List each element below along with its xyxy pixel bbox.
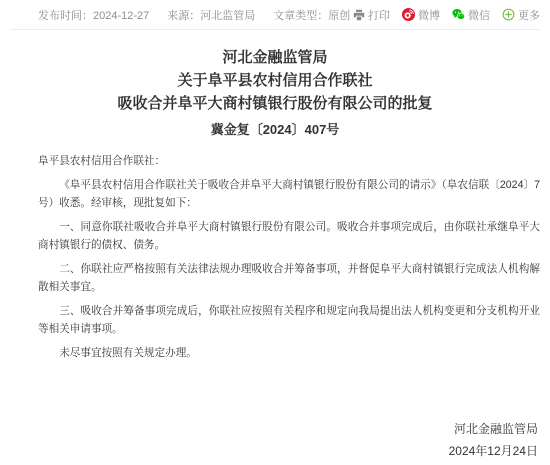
meta-info: 发布时间：2024-12-27 来源：河北监管局 文章类型：原创 [38, 7, 350, 23]
paragraph-item-2: 二、你联社应严格按照有关法律法规办理吸收合并筹备事项，并督促阜平大商村镇银行完成… [38, 260, 540, 296]
signature-block: 河北金融监管局 2024年12月24日 [10, 418, 540, 462]
weibo-label: 微博 [418, 7, 440, 23]
document-title-line-2: 关于阜平县农村信用合作联社 [10, 69, 540, 92]
signature-date: 2024年12月24日 [10, 440, 538, 462]
document-title-line-1: 河北金融监管局 [10, 46, 540, 69]
document-number: 冀金复〔2024〕407号 [10, 121, 540, 139]
signature-issuer: 河北金融监管局 [10, 418, 538, 440]
more-share-button[interactable]: 更多 [502, 7, 540, 23]
weibo-icon [402, 8, 415, 21]
share-toolbar: 打印 微博 [353, 7, 540, 23]
salutation: 阜平县农村信用合作联社： [38, 152, 540, 170]
paragraph-intro: 《阜平县农村信用合作联社关于吸收合并阜平大商村镇银行股份有限公司的请示》（阜农信… [38, 176, 540, 212]
print-label: 打印 [368, 7, 390, 23]
document-body: 阜平县农村信用合作联社： 《阜平县农村信用合作联社关于吸收合并阜平大商村镇银行股… [10, 152, 540, 362]
share-wechat-button[interactable]: 微信 [452, 7, 490, 23]
plus-circle-icon [502, 8, 515, 21]
paragraph-item-1: 一、同意你联社吸收合并阜平大商村镇银行股份有限公司。吸收合并事项完成后，由你联社… [38, 218, 540, 254]
share-weibo-button[interactable]: 微博 [402, 7, 440, 23]
wechat-icon [452, 8, 465, 21]
printer-icon [353, 9, 365, 21]
article-type: 文章类型：原创 [273, 7, 350, 23]
document-content: 河北金融监管局 关于阜平县农村信用合作联社 吸收合并阜平大商村镇银行股份有限公司… [0, 46, 550, 462]
wechat-label: 微信 [468, 7, 490, 23]
document-title: 河北金融监管局 关于阜平县农村信用合作联社 吸收合并阜平大商村镇银行股份有限公司… [10, 46, 540, 115]
more-label: 更多 [518, 7, 540, 23]
print-button[interactable]: 打印 [353, 7, 390, 23]
document-title-line-3: 吸收合并阜平大商村镇银行股份有限公司的批复 [10, 92, 540, 115]
publish-time: 发布时间：2024-12-27 [38, 7, 149, 23]
article-source: 来源：河北监管局 [167, 7, 255, 23]
paragraph-closing: 未尽事宜按照有关规定办理。 [38, 344, 540, 362]
meta-bar: 发布时间：2024-12-27 来源：河北监管局 文章类型：原创 打印 [10, 0, 540, 30]
article-page: 发布时间：2024-12-27 来源：河北监管局 文章类型：原创 打印 [0, 0, 550, 465]
paragraph-item-3: 三、吸收合并筹备事项完成后，你联社应按照有关程序和规定向我局提出法人机构变更和分… [38, 302, 540, 338]
